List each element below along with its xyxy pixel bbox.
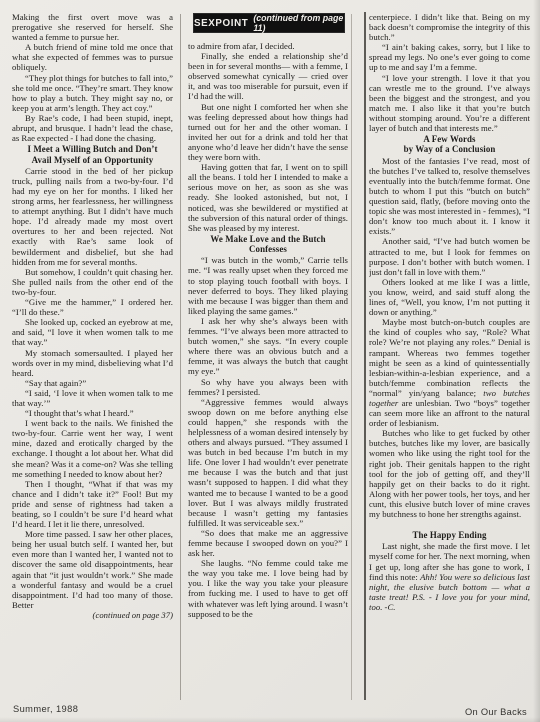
magazine-name: On Our Backs <box>465 707 527 717</box>
paragraph: But one night I comforted her when she w… <box>188 102 348 163</box>
scanned-magazine-page: Making the first overt move was a prerog… <box>0 0 540 722</box>
paragraph: “I said, ‘I love it when women talk to m… <box>12 388 173 408</box>
paragraph: I ask her why she’s always been with fem… <box>188 316 348 377</box>
paragraph: “I love your strength. I love it that yo… <box>369 73 530 134</box>
column-divider <box>173 12 188 700</box>
section-continued-from-note: (continued from page 11) <box>253 13 344 33</box>
section-title: SEXPOINT <box>194 18 248 29</box>
column-divider-double <box>348 12 369 700</box>
paragraph: My stomach somersaulted. I played her wo… <box>12 348 173 378</box>
section-header-bar: SEXPOINT (continued from page 11) <box>194 14 344 32</box>
section-heading: I Meet a Willing Butch and Don’t Avail M… <box>12 144 173 165</box>
paragraph: centerpiece. I didn’t like that. Being o… <box>369 12 530 42</box>
section-heading: The Happy Ending <box>369 530 530 540</box>
paragraph: Others looked at me like I was a little,… <box>369 277 530 317</box>
issue-date: Summer, 1988 <box>13 704 78 714</box>
paragraph: More time passed. I saw her other places… <box>12 529 173 610</box>
paragraph: “Give me the hammer,” I ordered her. “I’… <box>12 297 173 317</box>
paragraph: “I thought that’s what I heard.” <box>12 408 173 418</box>
paragraph: She laughs. “No femme could take me the … <box>188 558 348 619</box>
column-middle-text: to admire from afar, I decided.Finally, … <box>188 41 348 619</box>
paragraph: Carrie stood in the bed of her pickup tr… <box>12 166 173 267</box>
page-edge-shadow <box>533 0 540 722</box>
paragraph: “So does that make me an aggressive femm… <box>188 528 348 558</box>
paragraph: “They plot things for butches to fall in… <box>12 73 173 113</box>
paragraph: “I ain’t baking cakes, sorry, but I like… <box>369 42 530 72</box>
page-bottom-shadow <box>0 717 540 722</box>
section-heading: We Make Love and the Butch Confesses <box>188 234 348 255</box>
paragraph: “Say that again?” <box>12 378 173 388</box>
continued-on-note: (continued on page 37) <box>12 610 173 620</box>
paragraph: “Aggressive femmes would always swoop do… <box>188 397 348 528</box>
paragraph: Most of the fantasies I’ve read, most of… <box>369 156 530 237</box>
paragraph: Making the first overt move was a prerog… <box>12 12 173 42</box>
paragraph: I went back to the nails. We finished th… <box>12 418 173 479</box>
paragraph: A butch friend of mine told me once that… <box>12 42 173 72</box>
paragraph: “I was butch in the womb,” Carrie tells … <box>188 255 348 316</box>
column-right: centerpiece. I didn’t like that. Being o… <box>369 12 530 700</box>
paragraph: to admire from afar, I decided. <box>188 41 348 51</box>
column-middle: SEXPOINT (continued from page 11) to adm… <box>188 12 348 700</box>
column-left: Making the first overt move was a prerog… <box>12 12 173 700</box>
paragraph: Maybe most butch-on-butch couples are th… <box>369 317 530 428</box>
paragraph: Another said, “I’ve had butch women be a… <box>369 236 530 276</box>
paragraph: Then I thought, “What if that was my cha… <box>12 479 173 529</box>
paragraph: She looked up, cocked an eyebrow at me, … <box>12 317 173 347</box>
paragraph: Finally, she ended a relationship she’d … <box>188 51 348 101</box>
paragraph: Having gotten that far, I went on to spi… <box>188 162 348 233</box>
paragraph: So why have you always been with femmes?… <box>188 377 348 397</box>
paragraph: But somehow, I couldn’t quit chasing her… <box>12 267 173 297</box>
paragraph: By Rae’s code, I had been stupid, inept,… <box>12 113 173 143</box>
paragraph: Last night, she made the first move. I l… <box>369 541 530 612</box>
column-layout: Making the first overt move was a prerog… <box>12 12 530 700</box>
section-heading: A Few Words by Way of a Conclusion <box>369 134 530 155</box>
paragraph: Butches who like to get fucked by other … <box>369 428 530 519</box>
